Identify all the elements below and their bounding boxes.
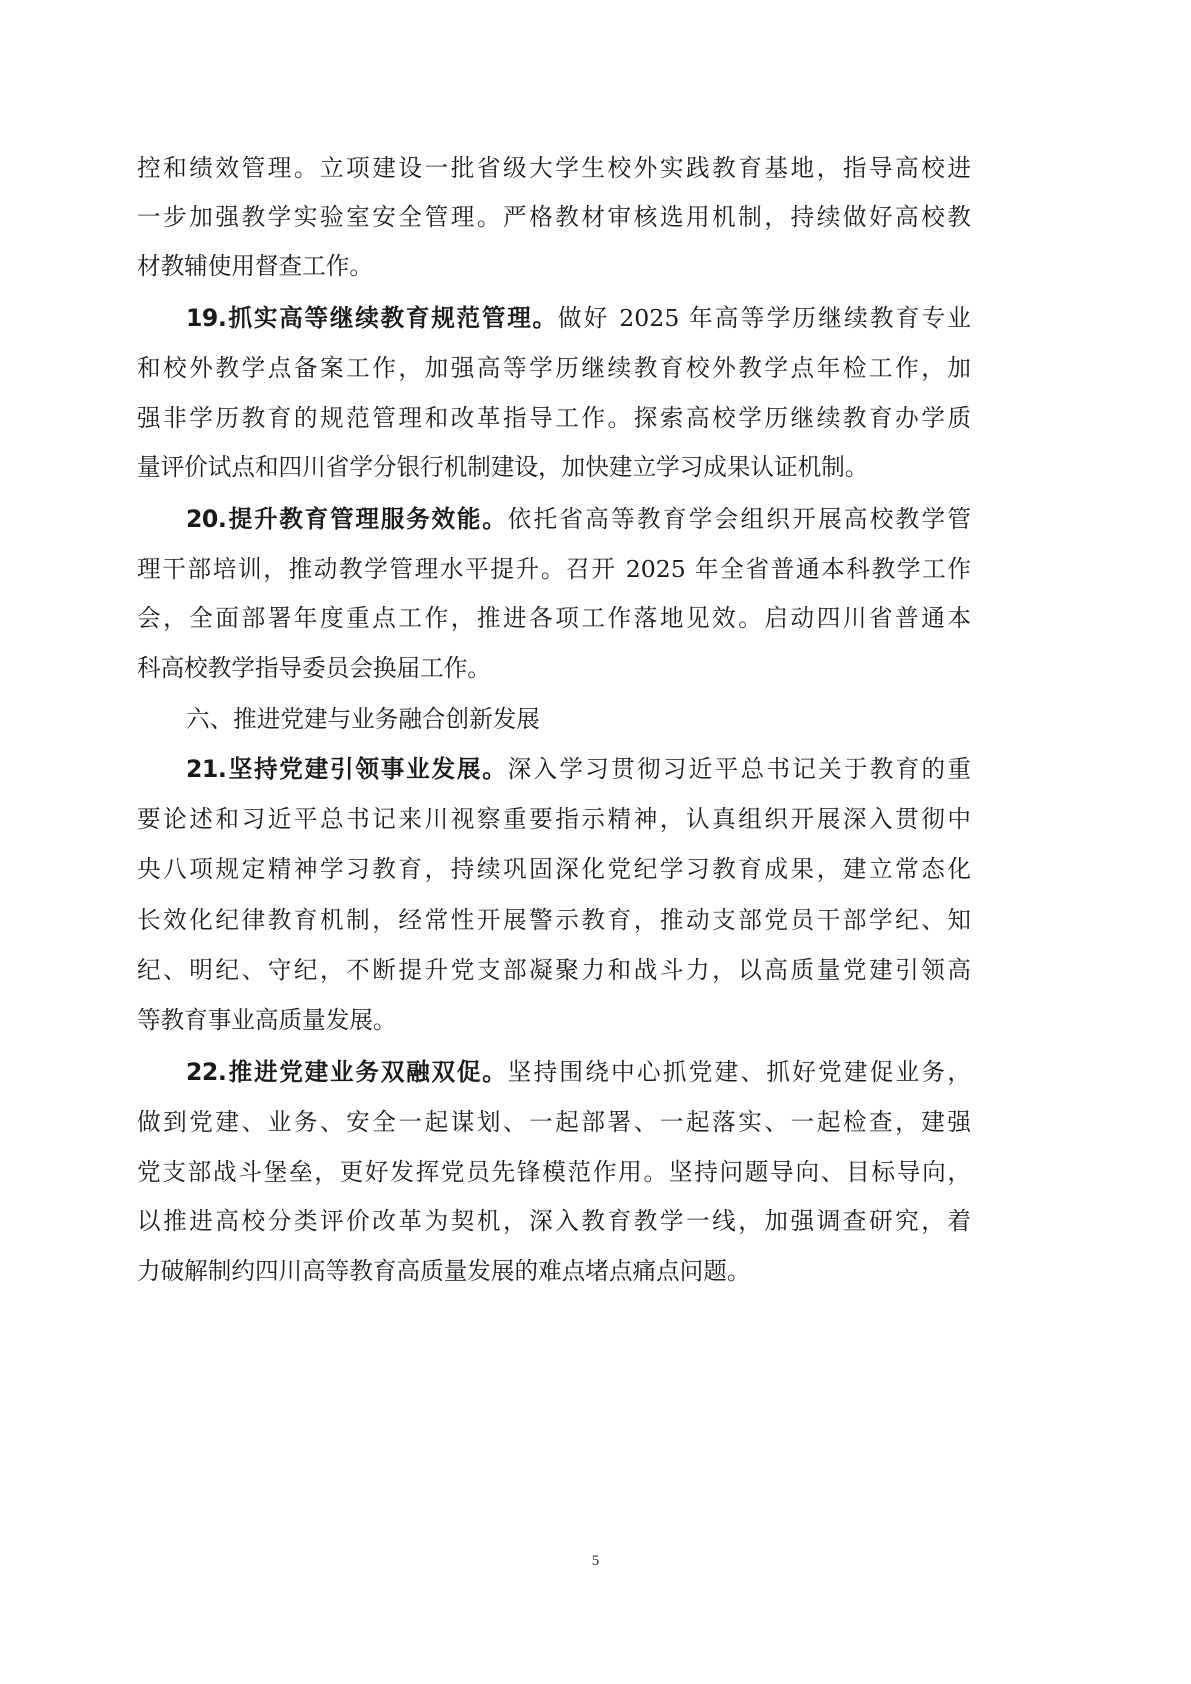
paragraph-line: 理干部培训，推动教学管理水平提升。召开 2025 年全省普通本科教学工作 xyxy=(137,554,971,584)
item-number: 22. xyxy=(186,1058,226,1086)
paragraph-line: 党支部战斗堡垒，更好发挥党员先锋模范作用。坚持问题导向、目标导向， xyxy=(137,1157,971,1187)
item-text: 依托省高等教育学会组织开展高校教学管 xyxy=(508,505,971,533)
paragraph-line: 以推进高校分类评价改革为契机，深入教育教学一线，加强调查研究，着 xyxy=(137,1206,971,1236)
item-20-first-line: 20.提升教育管理服务效能。依托省高等教育学会组织开展高校教学管 xyxy=(186,504,971,534)
paragraph-line: 要论述和习近平总书记来川视察重要指示精神，认真组织开展深入贯彻中 xyxy=(137,804,971,834)
item-22-first-line: 22.推进党建业务双融双促。坚持围绕中心抓党建、抓好党建促业务， xyxy=(186,1057,971,1087)
item-number: 20. xyxy=(186,505,226,533)
item-21-first-line: 21.坚持党建引领事业发展。深入学习贯彻习近平总书记关于教育的重 xyxy=(186,754,971,784)
item-text: 深入学习贯彻习近平总书记关于教育的重 xyxy=(508,755,971,783)
item-text: 坚持围绕中心抓党建、抓好党建促业务， xyxy=(508,1058,971,1086)
paragraph-line: 等教育事业高质量发展。 xyxy=(137,1005,971,1035)
paragraph-line: 纪、明纪、守纪，不断提升党支部凝聚力和战斗力，以高质量党建引领高 xyxy=(137,955,971,985)
section-heading: 六、推进党建与业务融合创新发展 xyxy=(186,704,971,734)
item-number: 21. xyxy=(186,755,226,783)
paragraph-line: 量评价试点和四川省学分银行机制建设，加快建立学习成果认证机制。 xyxy=(137,452,971,482)
item-19-first-line: 19.抓实高等继续教育规范管理。做好 2025 年高等学历继续教育专业 xyxy=(186,303,971,333)
paragraph-line: 会，全面部署年度重点工作，推进各项工作落地见效。启动四川省普通本 xyxy=(137,603,971,633)
paragraph-line: 长效化纪律教育机制，经常性开展警示教育，推动支部党员干部学纪、知 xyxy=(137,905,971,935)
paragraph-line: 力破解制约四川高等教育高质量发展的难点堵点痛点问题。 xyxy=(137,1256,971,1286)
paragraph-line: 材教辅使用督查工作。 xyxy=(137,251,971,281)
document-page: 控和绩效管理。立项建设一批省级大学生校外实践教育基地，指导高校进 一步加强教学实… xyxy=(0,0,1191,1684)
paragraph-line: 央八项规定精神学习教育，持续巩固深化党纪学习教育成果，建立常态化 xyxy=(137,854,971,884)
item-title: 抓实高等继续教育规范管理。 xyxy=(226,304,558,332)
paragraph-line: 强非学历教育的规范管理和改革指导工作。探索高校学历继续教育办学质 xyxy=(137,403,971,433)
paragraph-line: 做到党建、业务、安全一起谋划、一起部署、一起落实、一起检查，建强 xyxy=(137,1107,971,1137)
page-number: 5 xyxy=(0,1553,1191,1570)
paragraph-line: 一步加强教学实验室安全管理。严格教材审核选用机制，持续做好高校教 xyxy=(137,202,971,232)
item-title: 推进党建业务双融双促。 xyxy=(226,1058,507,1086)
item-number: 19. xyxy=(186,304,226,332)
paragraph-line: 和校外教学点备案工作，加强高等学历继续教育校外教学点年检工作，加 xyxy=(137,353,971,383)
paragraph-line: 科高校教学指导委员会换届工作。 xyxy=(137,653,971,683)
item-title: 提升教育管理服务效能。 xyxy=(226,505,507,533)
item-title: 坚持党建引领事业发展。 xyxy=(226,755,507,783)
paragraph-line: 控和绩效管理。立项建设一批省级大学生校外实践教育基地，指导高校进 xyxy=(137,153,971,183)
item-text: 做好 2025 年高等学历继续教育专业 xyxy=(558,304,971,332)
